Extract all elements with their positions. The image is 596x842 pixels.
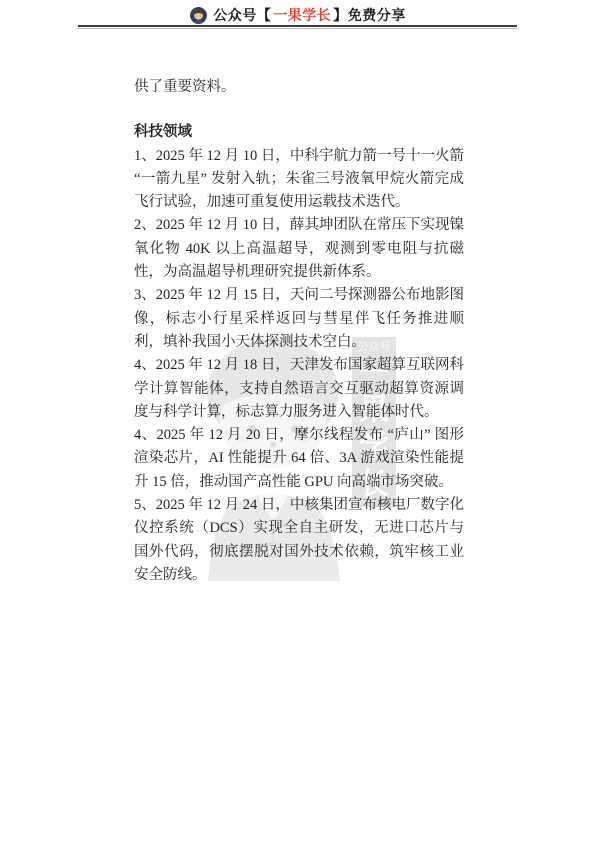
document-page: 公众号【 一果学长 】免费分享 公众号 一果学长 供了重要资料。 科技领域 1、… bbox=[0, 0, 596, 842]
header-banner: 公众号【 一果学长 】免费分享 bbox=[0, 5, 596, 25]
account-avatar-icon bbox=[190, 7, 207, 24]
section-heading: 科技领域 bbox=[134, 121, 464, 144]
news-item: 5、2025 年 12 月 24 日，中核集团宣布核电厂数字化仪控系统（DCS）… bbox=[134, 494, 464, 587]
account-name: 一果学长 bbox=[273, 5, 331, 25]
header-divider bbox=[78, 25, 517, 29]
news-item: 2、2025 年 12 月 10 日，薛其坤团队在常压下实现镍氧化物 40K 以… bbox=[134, 214, 464, 284]
news-item: 3、2025 年 12 月 15 日，天问二号探测器公布地影图像，标志小行星采样… bbox=[134, 284, 464, 354]
news-item-list: 1、2025 年 12 月 10 日，中科宇航力箭一号十一火箭 “一箭九星” 发… bbox=[134, 145, 464, 588]
intro-line: 供了重要资料。 bbox=[134, 76, 464, 99]
news-item: 4、2025 年 12 月 20 日，摩尔线程发布 “庐山” 图形渲染芯片，AI… bbox=[134, 424, 464, 494]
news-item: 1、2025 年 12 月 10 日，中科宇航力箭一号十一火箭 “一箭九星” 发… bbox=[134, 145, 464, 215]
header-text-prefix: 公众号【 bbox=[213, 5, 271, 25]
news-item: 4、2025 年 12 月 18 日，天津发布国家超算互联网科学计算智能体，支持… bbox=[134, 354, 464, 424]
document-content: 供了重要资料。 科技领域 1、2025 年 12 月 10 日，中科宇航力箭一号… bbox=[134, 76, 464, 587]
header-text-suffix: 】免费分享 bbox=[333, 5, 406, 25]
